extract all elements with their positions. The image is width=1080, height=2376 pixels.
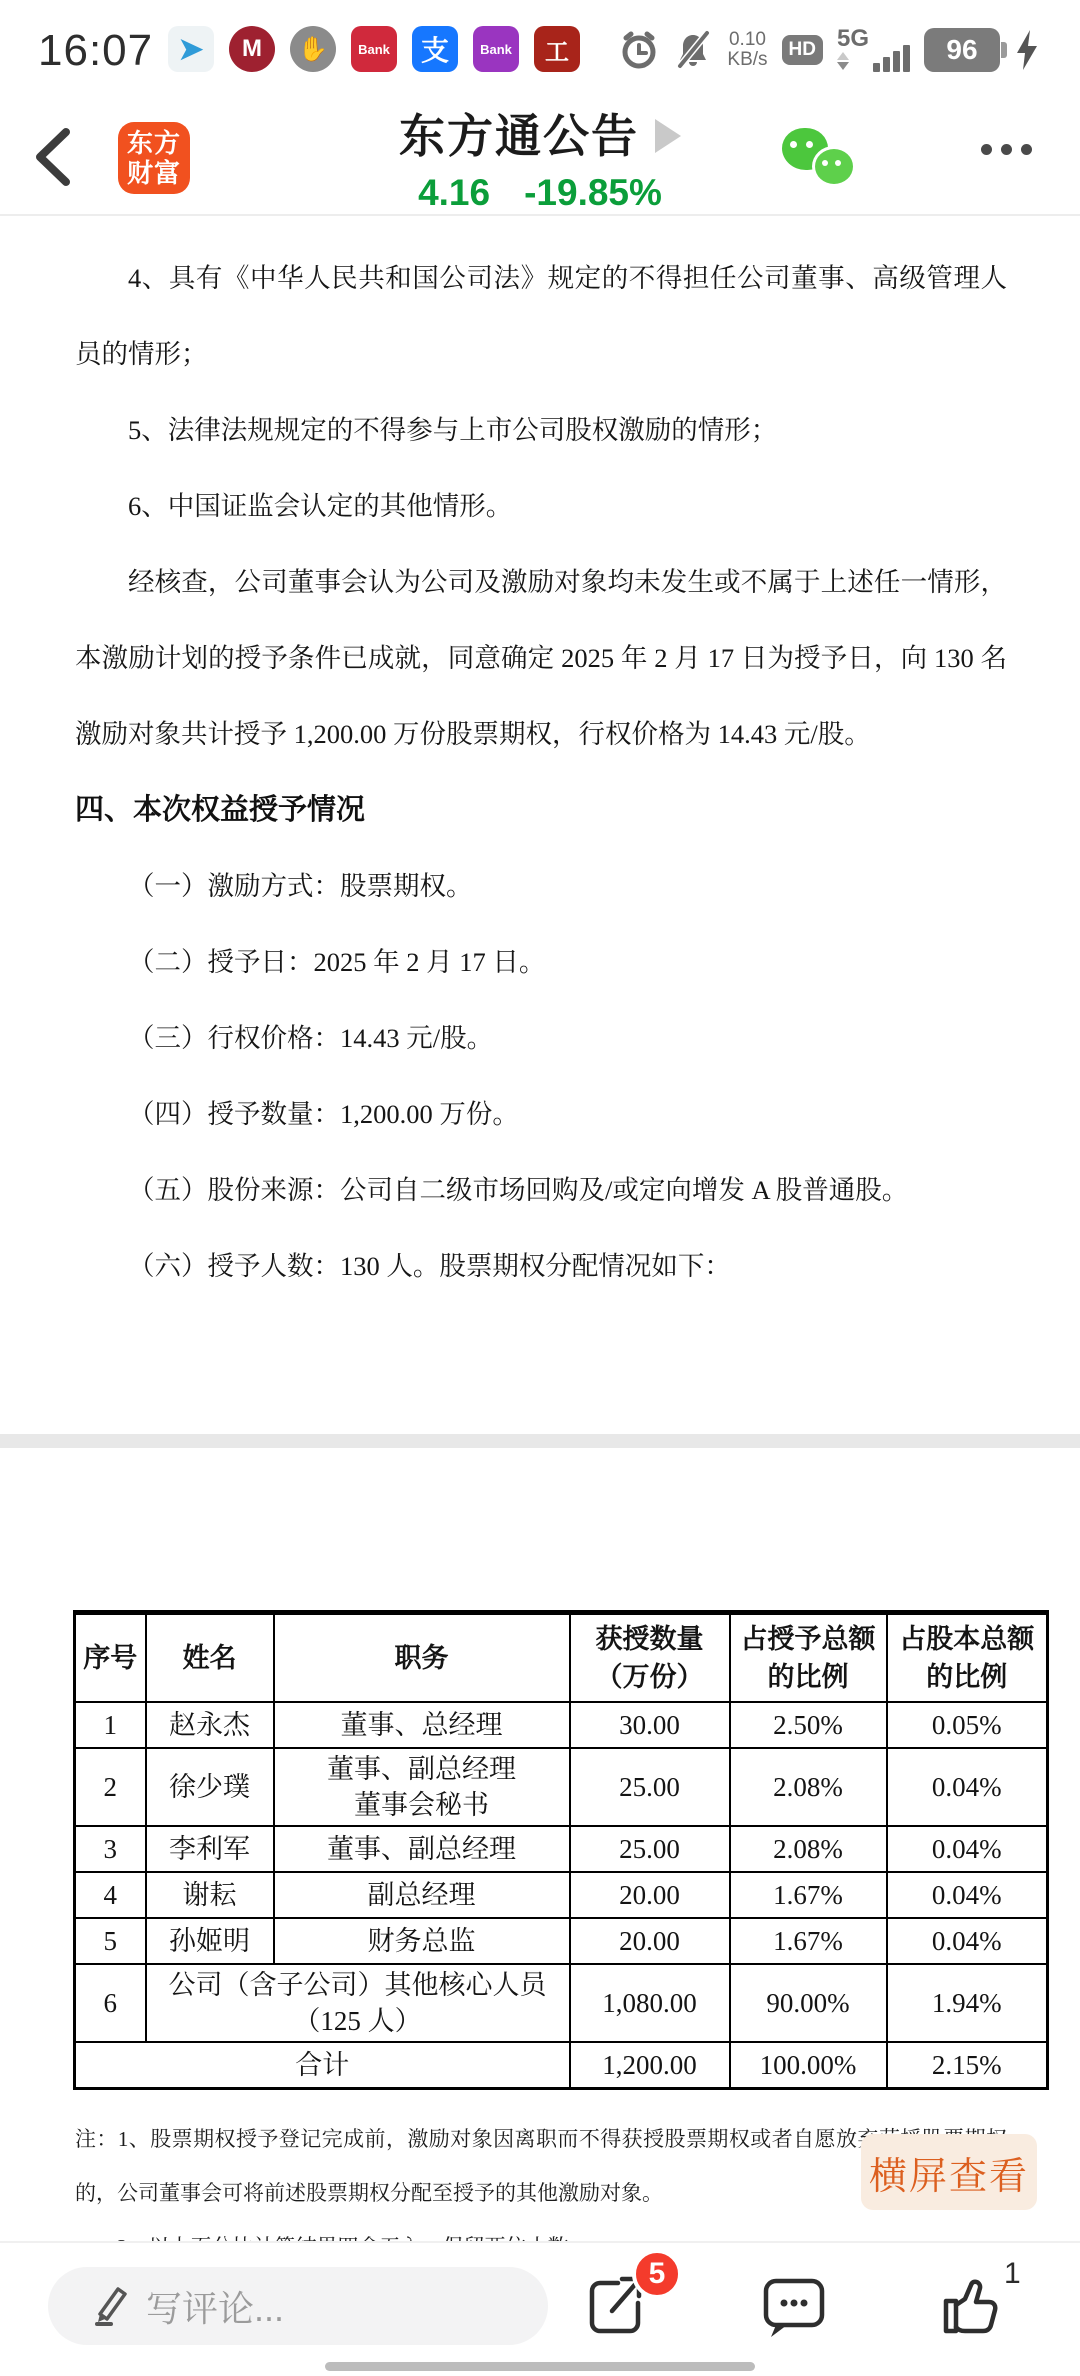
table-cell: 副总经理 [274, 1872, 570, 1918]
table-header-cell: 占股本总额 的比例 [887, 1613, 1048, 1703]
cmb-bank-notification-icon: M [229, 26, 275, 72]
table-cell: 1.94% [887, 1964, 1048, 2042]
table-cell: 合计 [75, 2042, 570, 2089]
table-cell: 20.00 [570, 1918, 730, 1964]
screen: 16:07 ➤M✋Bank支Bank工 0.10 KB/s HD 5G [0, 0, 1080, 2376]
table-header-cell: 职务 [274, 1613, 570, 1703]
table-cell: 公司（含子公司）其他核心人员 （125 人） [146, 1964, 570, 2042]
chevron-right-icon [655, 119, 681, 153]
icbc-notification-icon: 工 [534, 26, 580, 72]
table-cell: 25.00 [570, 1826, 730, 1872]
table-cell: 2.50% [730, 1702, 887, 1748]
section-heading: 四、本次权益授予情况 [75, 772, 1007, 848]
table-cell: 0.04% [887, 1872, 1048, 1918]
stock-title-link[interactable]: 东方通公告 [399, 100, 681, 166]
doc-paragraph: 5、法律法规规定的不得参与上市公司股权激励的情形； [75, 392, 1007, 468]
table-cell: 1,080.00 [570, 1964, 730, 2042]
table-header-cell: 占授予总额 的比例 [730, 1613, 887, 1703]
notification-icons: ➤M✋Bank支Bank工 [168, 26, 580, 72]
network-speed: 0.10 KB/s [727, 30, 767, 70]
table-header-cell: 姓名 [146, 1613, 274, 1703]
table-cell: 财务总监 [274, 1918, 570, 1964]
table-cell: 100.00% [730, 2042, 887, 2089]
wechat-share-button[interactable] [782, 128, 860, 192]
doc-paragraph: 经核查，公司董事会认为公司及激励对象均未发生或不属于上述任一情形，本激励计划的授… [75, 544, 1007, 772]
table-cell: 董事、总经理 [274, 1702, 570, 1748]
table-cell: 1.67% [730, 1872, 887, 1918]
table-cell: 徐少璞 [146, 1748, 274, 1826]
table-cell: 0.04% [887, 1748, 1048, 1826]
document-page-1: 4、具有《中华人民共和国公司法》规定的不得担任公司董事、高级管理人员的情形；5、… [0, 216, 1080, 1434]
comment-placeholder: 写评论... [146, 2281, 284, 2332]
allocation-table: 序号姓名职务获授数量 （万份）占授予总额 的比例占股本总额 的比例1赵永杰董事、… [73, 1610, 1049, 2090]
doc-paragraph: 6、中国证监会认定的其他情形。 [75, 468, 1007, 544]
alarm-icon [619, 30, 659, 70]
table-cell: 6 [75, 1964, 146, 2042]
table-cell: 0.04% [887, 1918, 1048, 1964]
table-cell: 3 [75, 1826, 146, 1872]
doc-list-item: （五）股份来源：公司自二级市场回购及/或定向增发 A 股普通股。 [75, 1152, 1007, 1228]
purple-bank-notification-icon: Bank [473, 26, 519, 72]
pencil-icon [92, 2286, 128, 2326]
table-cell: 1.67% [730, 1918, 887, 1964]
table-row: 4谢耘副总经理20.001.67%0.04% [75, 1872, 1048, 1918]
table-cell: 2.15% [887, 2042, 1048, 2089]
table-cell: 25.00 [570, 1748, 730, 1826]
like-button[interactable] [940, 2275, 1002, 2337]
doc-paragraph: 4、具有《中华人民共和国公司法》规定的不得担任公司董事、高级管理人员的情形； [75, 240, 1007, 392]
table-cell: 30.00 [570, 1702, 730, 1748]
bottom-action-bar: 写评论... 5 1 [0, 2241, 1080, 2376]
page-divider [0, 1434, 1080, 1448]
table-cell: 0.05% [887, 1702, 1048, 1748]
table-cell: 20.00 [570, 1872, 730, 1918]
stock-quote: 4.16 -19.85% [418, 172, 662, 214]
share-badge: 5 [632, 2249, 682, 2299]
stock-change: -19.85% [524, 172, 662, 214]
doc-list-item: （一）激励方式：股票期权。 [75, 848, 1007, 924]
table-cell: 2 [75, 1748, 146, 1826]
table-cell: 2.08% [730, 1826, 887, 1872]
table-row: 2徐少璞董事、副总经理 董事会秘书25.002.08%0.04% [75, 1748, 1048, 1826]
red-bank-notification-icon: Bank [351, 26, 397, 72]
table-cell: 孙姬明 [146, 1918, 274, 1964]
table-row: 1赵永杰董事、总经理30.002.50%0.05% [75, 1702, 1048, 1748]
data-arrows-icon [837, 52, 849, 70]
signal-5g: 5G [837, 28, 910, 72]
table-row: 5孙姬明财务总监20.001.67%0.04% [75, 1918, 1048, 1964]
table-cell: 90.00% [730, 1964, 887, 2042]
table-header-cell: 获授数量 （万份） [570, 1613, 730, 1703]
more-menu-button[interactable] [981, 144, 1032, 155]
comment-input[interactable]: 写评论... [48, 2267, 548, 2345]
doc-list-item: （二）授予日：2025 年 2 月 17 日。 [75, 924, 1007, 1000]
table-cell: 赵永杰 [146, 1702, 274, 1748]
mute-bell-icon [673, 30, 713, 70]
home-indicator [325, 2362, 755, 2371]
table-cell: 董事、副总经理 [274, 1826, 570, 1872]
table-row: 6公司（含子公司）其他核心人员 （125 人）1,080.0090.00%1.9… [75, 1964, 1048, 2042]
telegram-notification-icon: ➤ [168, 26, 214, 72]
table-cell: 0.04% [887, 1826, 1048, 1872]
like-count: 1 [1004, 2257, 1021, 2291]
table-cell: 1 [75, 1702, 146, 1748]
stock-price: 4.16 [418, 172, 490, 214]
table-cell: 4 [75, 1872, 146, 1918]
table-cell: 李利军 [146, 1826, 274, 1872]
table-header-row: 序号姓名职务获授数量 （万份）占授予总额 的比例占股本总额 的比例 [75, 1613, 1048, 1703]
table-cell: 5 [75, 1918, 146, 1964]
battery-indicator: 96 [924, 28, 1000, 72]
table-cell: 董事、副总经理 董事会秘书 [274, 1748, 570, 1826]
table-row: 3李利军董事、副总经理25.002.08%0.04% [75, 1826, 1048, 1872]
app-header: 东方财富 东方通公告 4.16 -19.85% [0, 100, 1080, 216]
status-indicators: 0.10 KB/s HD 5G 96 [619, 18, 1040, 82]
clock-time: 16:07 [38, 26, 153, 76]
table-cell: 1,200.00 [570, 2042, 730, 2089]
hd-icon: HD [782, 35, 823, 65]
document-page-2: 序号姓名职务获授数量 （万份）占授予总额 的比例占股本总额 的比例1赵永杰董事、… [0, 1448, 1080, 2376]
alipay-notification-icon: 支 [412, 26, 458, 72]
signal-bars-icon [873, 45, 910, 72]
header-title-block: 东方通公告 4.16 -19.85% [0, 100, 1080, 214]
hand-app-notification-icon: ✋ [290, 26, 336, 72]
doc-list-item: （三）行权价格：14.43 元/股。 [75, 1000, 1007, 1076]
charging-bolt-icon [1014, 28, 1040, 72]
table-header-cell: 序号 [75, 1613, 146, 1703]
table-cell: 2.08% [730, 1748, 887, 1826]
doc-list-item: （四）授予数量：1,200.00 万份。 [75, 1076, 1007, 1152]
landscape-view-button[interactable]: 横屏查看 [861, 2134, 1037, 2210]
table-cell: 谢耘 [146, 1872, 274, 1918]
table-row: 合计1,200.00100.00%2.15% [75, 2042, 1048, 2089]
page-title: 东方通公告 [399, 100, 639, 166]
status-bar: 16:07 ➤M✋Bank支Bank工 0.10 KB/s HD 5G [0, 0, 1080, 100]
comments-button[interactable] [762, 2277, 826, 2339]
doc-list-item: （六）授予人数：130 人。股票期权分配情况如下： [75, 1228, 1007, 1304]
